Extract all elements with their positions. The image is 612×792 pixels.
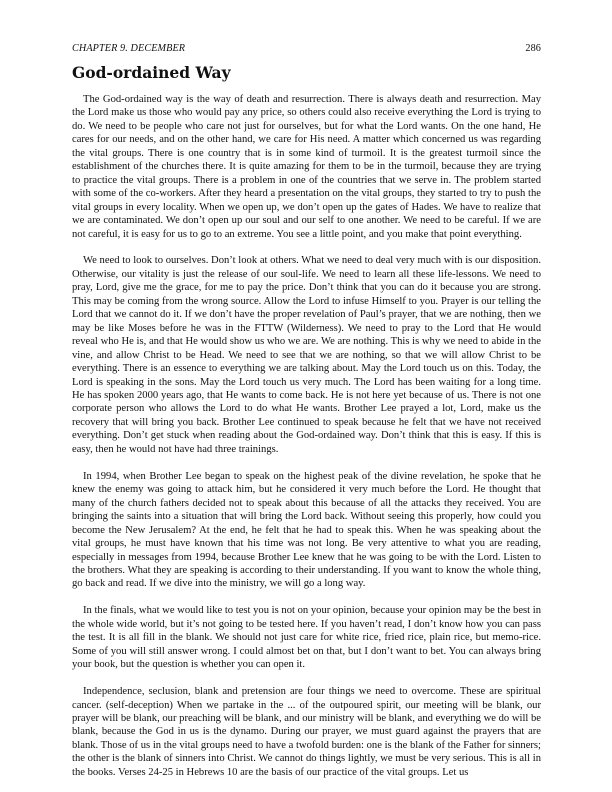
body-text: The God-ordained way is the way of death…: [72, 93, 541, 792]
paragraph: The God-ordained way is the way of death…: [72, 93, 541, 241]
paragraph: In the finals, what we would like to tes…: [72, 604, 541, 671]
page-number: 286: [525, 43, 541, 54]
paragraph: In 1994, when Brother Lee began to speak…: [72, 470, 541, 591]
section-title: God-ordained Way: [72, 63, 231, 82]
paragraph: We need to look to ourselves. Don’t look…: [72, 254, 541, 456]
running-header: CHAPTER 9. DECEMBER 286: [72, 43, 541, 54]
chapter-label: CHAPTER 9. DECEMBER: [72, 43, 185, 54]
paragraph: Independence, seclusion, blank and prete…: [72, 685, 541, 779]
